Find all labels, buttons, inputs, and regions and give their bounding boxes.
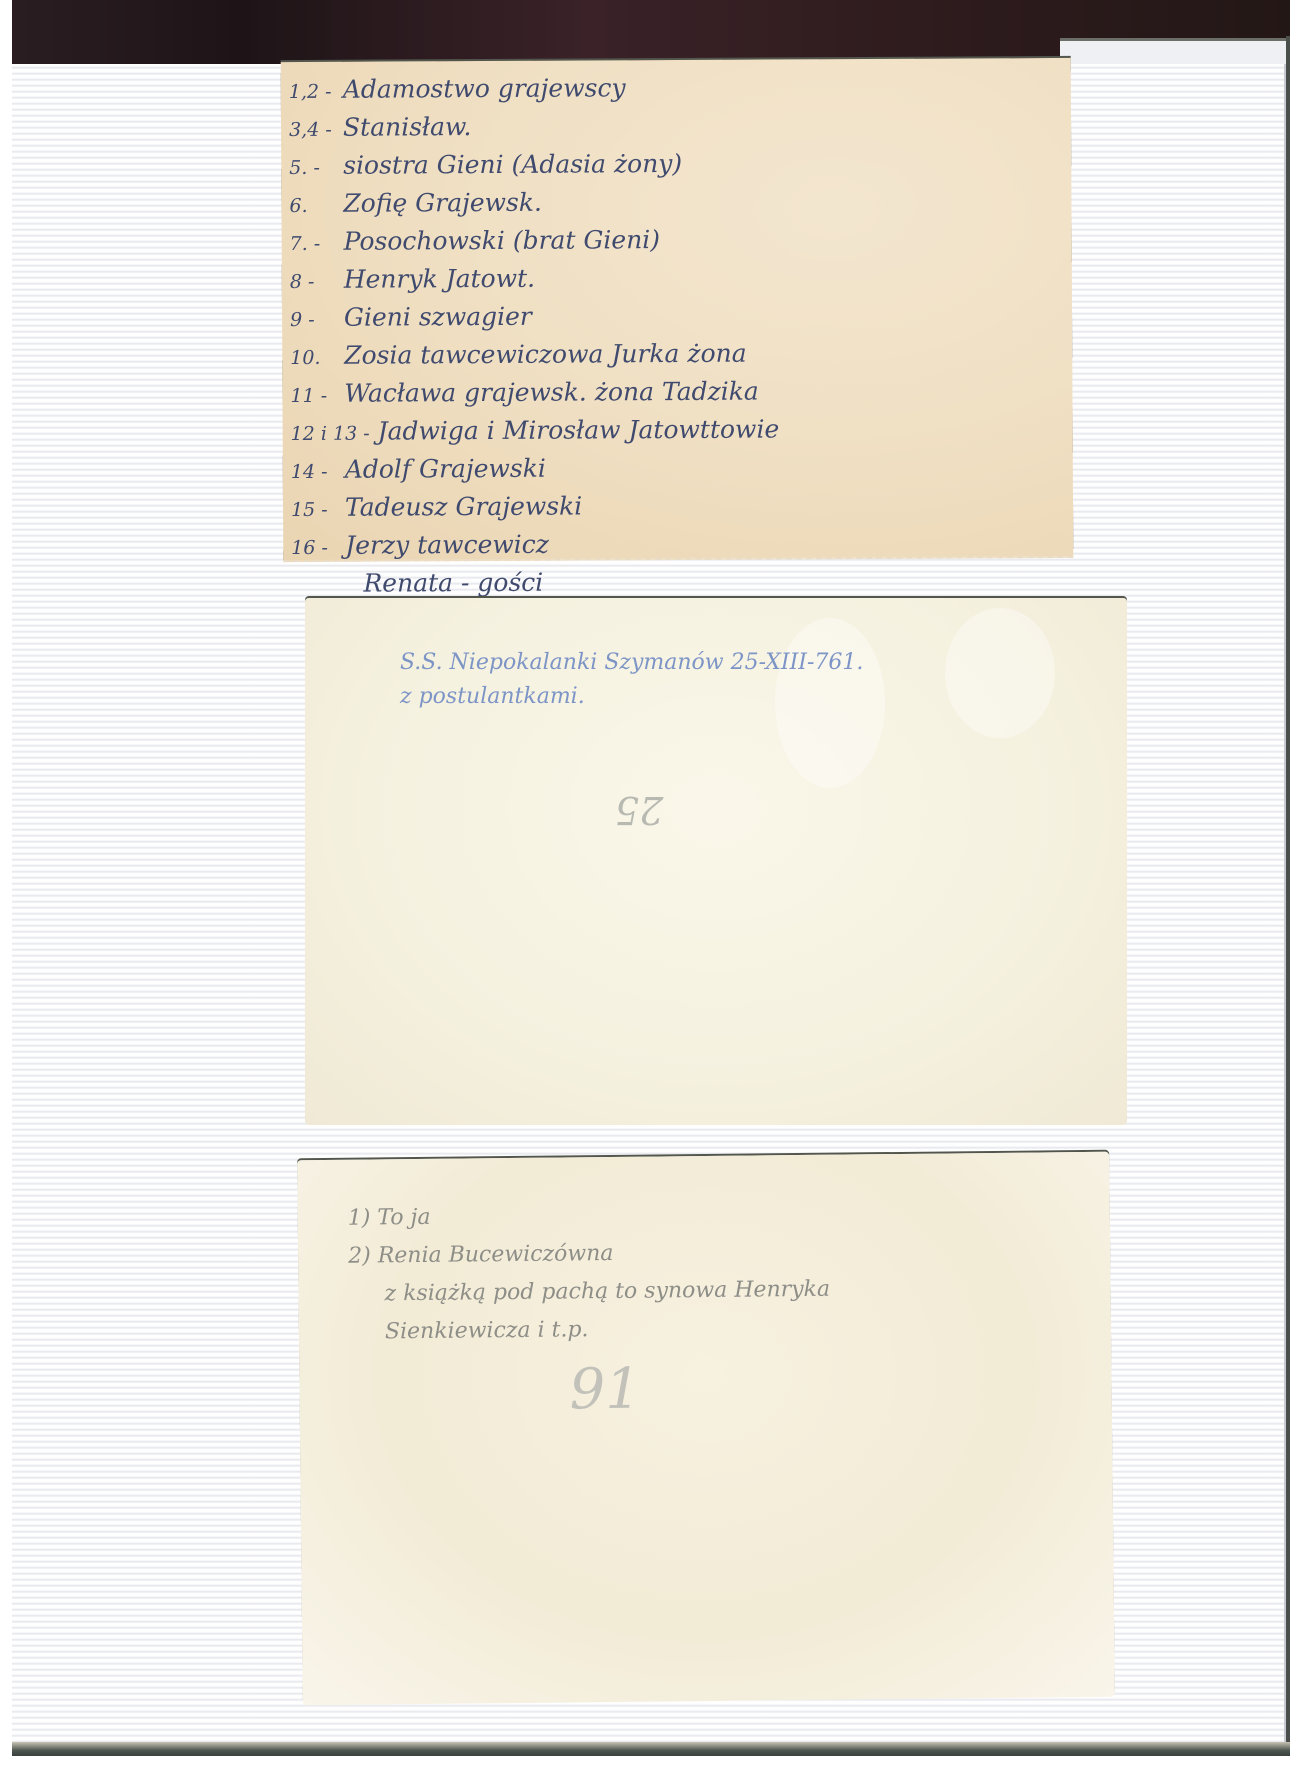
caption-line: Renata - gości [291,563,780,601]
caption-text: 1) To ja 2) Renia Bucewiczówna z książką… [348,1195,831,1352]
caption-line: 6. Zofię Grajewsk. [289,183,778,224]
pencil-number-mark: 91 [569,1357,641,1423]
photo-back-card-names: 1,2 - Adamostwo grajewscy 3,4 - Stanisła… [281,58,1074,562]
album-page-bottom-shadow [12,1742,1290,1756]
caption-line: 16 - Jerzy tawcewicz [291,525,780,566]
caption-line: 15 - Tadeusz Grajewski [291,487,780,528]
caption-line: 14 - Adolf Grajewski [291,449,780,490]
caption-text: S.S. Niepokalanki Szymanów 25-XIII-761. … [400,646,863,714]
caption-line: 7. - Posochowski (brat Gieni) [290,221,779,262]
caption-line: 12 i 13 - Jadwiga i Mirosław Jatowttowie [291,411,780,452]
caption-line: 10. Zosia tawcewiczowa Jurka żona [290,335,779,376]
caption-line: 8 - Henryk Jatowt. [290,259,779,300]
glue-mark [945,608,1055,738]
photo-back-card-nuns: S.S. Niepokalanki Szymanów 25-XIII-761. … [305,598,1127,1125]
caption-line: 9 - Gieni szwagier [290,297,779,338]
caption-line: 11 - Wacława grajewsk. żona Tadzika [290,373,779,414]
caption-line: 3,4 - Stanisław. [289,107,778,148]
caption-line: 5. - siostra Gieni (Adasia żony) [289,145,778,186]
photo-back-card-renia: 1) To ja 2) Renia Bucewiczówna z książką… [297,1152,1115,1705]
caption-name-list: 1,2 - Adamostwo grajewscy 3,4 - Stanisła… [289,69,780,601]
album-page-edge [1286,36,1290,1748]
caption-line: 1,2 - Adamostwo grajewscy [289,69,778,110]
pencil-number-mark: 25 [615,788,663,832]
